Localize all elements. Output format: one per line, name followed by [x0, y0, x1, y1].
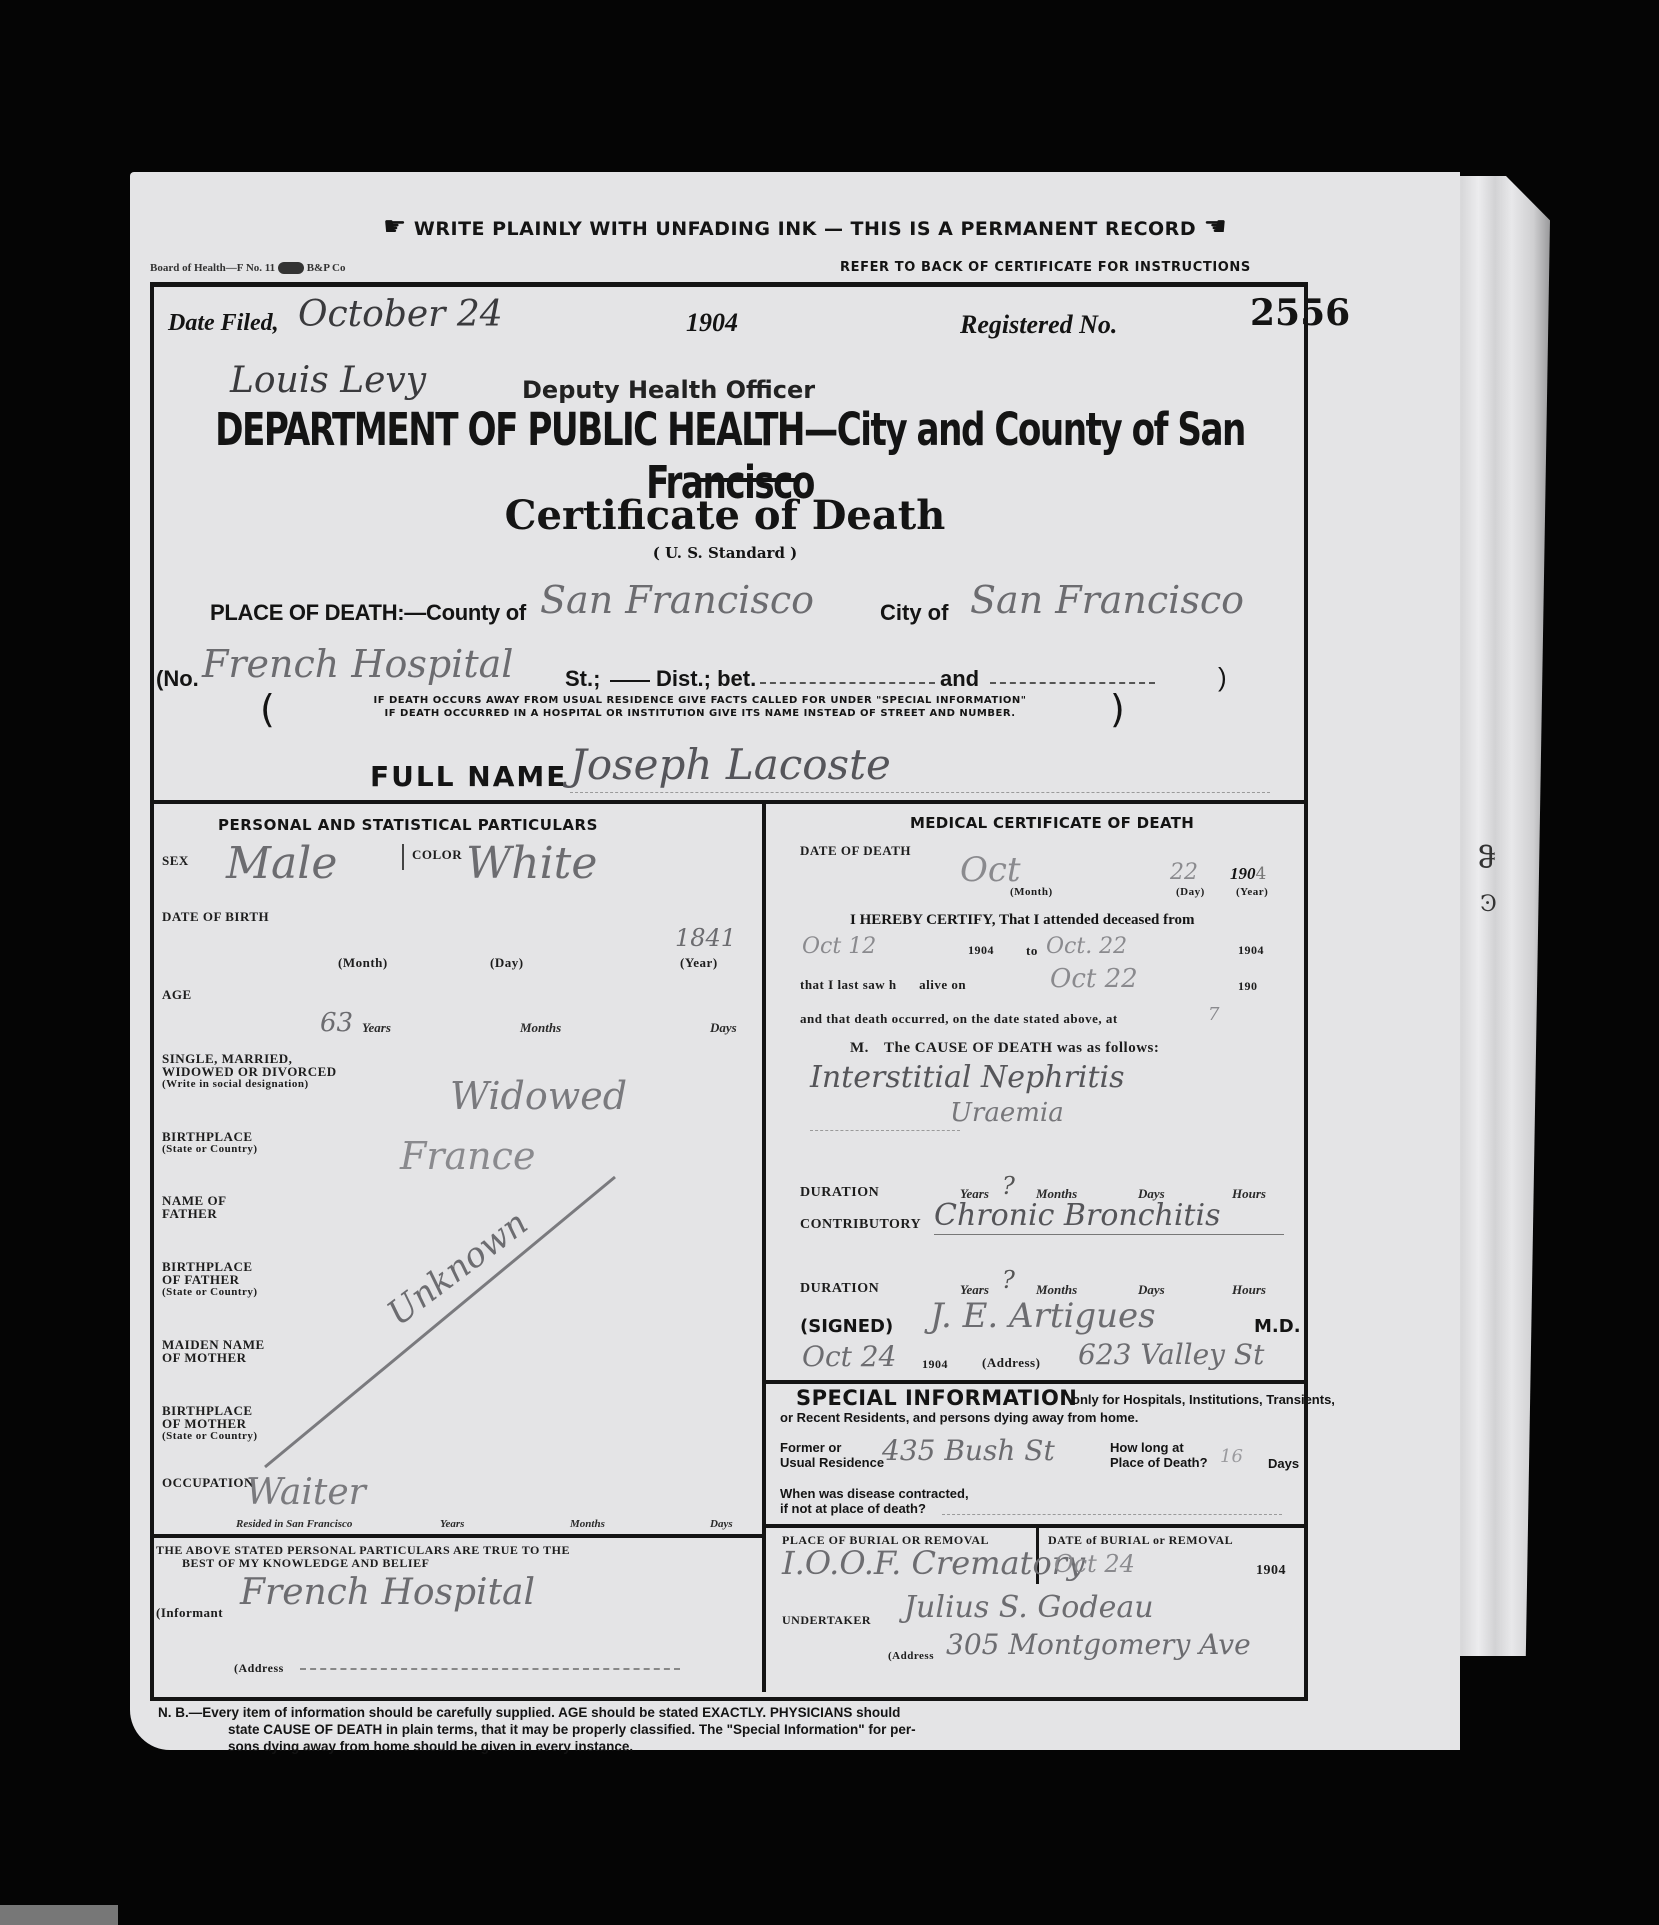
date-filed-year: 1904: [686, 308, 738, 338]
registered-number: 2556: [1250, 292, 1350, 334]
background-scrap: [0, 1905, 118, 1925]
resided-days-label: Days: [710, 1518, 733, 1530]
parents-unknown-mark: Unknown: [260, 1172, 620, 1472]
last-saw-label: that I last saw h alive on: [800, 978, 966, 991]
marital-label-line: (Write in social designation): [162, 1078, 337, 1091]
city-value: San Francisco: [970, 578, 1244, 622]
date-of-death-month: Oct: [960, 850, 1021, 890]
union-label-icon: [278, 262, 304, 274]
form-number: Board of Health—F No. 11 B&P Co: [150, 262, 346, 274]
diagonal-strike-line: [260, 1172, 620, 1472]
instructions-ref: REFER TO BACK OF CERTIFICATE FOR INSTRUC…: [840, 260, 1251, 275]
nb-line: Every item of information should be care…: [202, 1705, 900, 1720]
father-birthplace-label: BIRTHPLACE OF FATHER (State or Country): [162, 1260, 258, 1299]
burial-date-label: DATE of BURIAL or REMOVAL: [1048, 1534, 1233, 1547]
date-of-death-label: DATE OF DEATH: [800, 844, 911, 857]
divider: [402, 844, 404, 870]
year-suffix: 4: [1256, 864, 1267, 884]
birthplace-label: BIRTHPLACE (State or Country): [162, 1130, 258, 1156]
resided-label: Resided in San Francisco: [236, 1518, 352, 1530]
blank-line: [610, 680, 650, 682]
md-label: M.D.: [1254, 1316, 1301, 1337]
color-value: White: [466, 838, 597, 889]
cause-label: The CAUSE OF DEATH was as follows:: [884, 1042, 1159, 1055]
physician-address: 623 Valley St: [1078, 1338, 1264, 1371]
informant-address-label: (Address: [234, 1662, 284, 1675]
duration-2-value: ?: [1002, 1266, 1015, 1294]
physician-signature: J. E. Artigues: [930, 1296, 1156, 1336]
mother-birthplace-label: BIRTHPLACE OF MOTHER (State or Country): [162, 1404, 258, 1443]
contracted-label: When was disease contracted, if not at p…: [780, 1486, 969, 1516]
marital-value: Widowed: [450, 1074, 627, 1118]
month-label: (Month): [1010, 886, 1053, 899]
color-label: COLOR: [412, 848, 462, 861]
header-banner: ☛ WRITE PLAINLY WITH UNFADING INK — THIS…: [240, 212, 1370, 242]
how-long-label-line: Place of Death?: [1110, 1455, 1208, 1470]
contributory-value: Chronic Bronchitis: [934, 1198, 1220, 1233]
attended-from-year: 1904: [968, 944, 994, 957]
marital-label: SINGLE, MARRIED, WIDOWED OR DIVORCED (Wr…: [162, 1052, 337, 1091]
city-label: City of: [880, 600, 948, 626]
duration-2-hours-label: Hours: [1232, 1282, 1266, 1298]
blank-line: [942, 1514, 1282, 1515]
year-label: (Year): [1236, 886, 1268, 899]
last-saw-text: that I last saw h: [800, 977, 897, 992]
cause-line-1: Interstitial Nephritis: [810, 1060, 1125, 1095]
how-long-label: How long at Place of Death?: [1110, 1440, 1208, 1470]
county-value: San Francisco: [540, 578, 814, 622]
sex-label: SEX: [162, 854, 189, 867]
how-long-label-line: How long at: [1110, 1440, 1208, 1455]
undertaker-label: UNDERTAKER: [782, 1614, 871, 1627]
special-info-note: only for Hospitals, Institutions, Transi…: [1072, 1392, 1335, 1407]
burial-year: 1904: [1256, 1564, 1286, 1577]
nb-line: sons dying away from home should be give…: [158, 1738, 1238, 1755]
blank-line: [934, 1234, 1284, 1235]
pointing-hand-icon: ☛: [383, 212, 407, 242]
and-label: and: [940, 666, 979, 692]
age-years-value: 63: [320, 1008, 353, 1038]
age-days-label: Days: [710, 1020, 737, 1036]
personal-section-title: PERSONAL AND STATISTICAL PARTICULARS: [218, 816, 598, 834]
place-note: IF DEATH OCCURS AWAY FROM USUAL RESIDENC…: [290, 694, 1110, 720]
close-paren: ): [1218, 662, 1227, 693]
death-time-value: 7: [1208, 1004, 1219, 1025]
death-occurred-text: and that death occurred, on the date sta…: [800, 1012, 1118, 1025]
divider: [700, 478, 800, 482]
last-saw-year: 190: [1238, 980, 1258, 993]
age-years-label: Years: [362, 1020, 391, 1036]
edge-mark: ჵ: [1478, 842, 1496, 875]
date-of-death-year: 1904: [1230, 864, 1266, 884]
dob-label: DATE OF BIRTH: [162, 910, 269, 923]
blank-line: [570, 792, 1270, 793]
signed-date: Oct 24: [802, 1340, 896, 1373]
certificate-subtitle: ( U. S. Standard ): [530, 544, 920, 562]
column-divider: [762, 804, 766, 1692]
father-name-label: NAME OF FATHER: [162, 1194, 227, 1220]
informant-label: (Informant: [156, 1606, 223, 1619]
edge-mark: Ͽ: [1480, 892, 1497, 917]
dob-year-value: 1841: [675, 924, 736, 952]
dob-year-label: (Year): [680, 956, 718, 969]
burial-place-value: I.O.O.F. Crematory: [782, 1544, 1085, 1582]
father-birthplace-label-line: OF FATHER: [162, 1273, 258, 1286]
attended-to-year: 1904: [1238, 944, 1264, 957]
registered-label: Registered No.: [960, 310, 1117, 340]
occupation-value: Waiter: [246, 1472, 366, 1513]
deputy-title: Deputy Health Officer: [522, 376, 815, 404]
resided-months-label: Months: [570, 1518, 605, 1530]
duration-label: DURATION: [800, 1186, 879, 1199]
undertaker-address: 305 Montgomery Ave: [946, 1628, 1251, 1661]
contracted-label-line: When was disease contracted,: [780, 1486, 969, 1501]
blank-line: [990, 682, 1155, 684]
father-birthplace-label-line: (State or Country): [162, 1286, 258, 1299]
special-info-title: SPECIAL INFORMATION: [796, 1386, 1077, 1410]
marital-label-line: WIDOWED OR DIVORCED: [162, 1065, 337, 1078]
place-note-line: IF DEATH OCCURS AWAY FROM USUAL RESIDENC…: [290, 694, 1110, 707]
special-info-note-2: or Recent Residents, and persons dying a…: [780, 1410, 1138, 1425]
attest-line: BEST OF MY KNOWLEDGE AND BELIEF: [156, 1557, 570, 1570]
close-paren: ): [1110, 690, 1125, 728]
former-residence-label-line: Usual Residence: [780, 1455, 884, 1470]
undertaker-address-label: (Address: [888, 1650, 934, 1663]
footer-note: N. B.—Every item of information should b…: [158, 1704, 1238, 1755]
year-prefix: 190: [1230, 864, 1256, 883]
signed-year: 1904: [922, 1358, 948, 1371]
section-divider: [766, 1524, 1304, 1528]
burial-date-value: Oct 24: [1054, 1550, 1135, 1578]
street-no-value: French Hospital: [202, 642, 513, 686]
duration-hours-label: Hours: [1232, 1186, 1266, 1202]
banner-text: WRITE PLAINLY WITH UNFADING INK — THIS I…: [414, 218, 1196, 240]
to-label: to: [1026, 944, 1038, 957]
father-name-label-line: FATHER: [162, 1207, 227, 1220]
date-filed-label: Date Filed,: [168, 310, 279, 337]
section-divider: [766, 1380, 1304, 1384]
former-residence-value: 435 Bush St: [882, 1434, 1055, 1467]
age-months-label: Months: [520, 1020, 561, 1036]
date-of-death-day: 22: [1170, 860, 1198, 885]
pointing-hand-icon: ☛: [1203, 212, 1227, 242]
nb-line: state CAUSE OF DEATH in plain terms, tha…: [158, 1721, 1238, 1738]
birthplace-label-line: (State or Country): [162, 1143, 258, 1156]
mother-maiden-label: MAIDEN NAME OF MOTHER: [162, 1338, 265, 1364]
attended-to-value: Oct. 22: [1046, 934, 1127, 959]
dob-month-label: (Month): [338, 956, 388, 969]
full-name-value: Joseph Lacoste: [570, 740, 891, 789]
age-label: AGE: [162, 988, 192, 1001]
district-label: Dist.; bet.: [656, 666, 756, 692]
physician-address-label: (Address): [982, 1356, 1040, 1369]
section-divider: [150, 1534, 764, 1538]
full-name-label: FULL NAME: [370, 760, 567, 793]
death-certificate: ☛ WRITE PLAINLY WITH UNFADING INK — THIS…: [130, 172, 1460, 1750]
how-long-value: 16: [1220, 1446, 1243, 1467]
form-number-text: Board of Health—F No. 11: [150, 262, 275, 274]
cause-line-2: Uraemia: [950, 1098, 1064, 1128]
date-filed-value: October 24: [298, 294, 503, 335]
street-label: St.;: [565, 666, 600, 692]
duration-value: ?: [1002, 1172, 1015, 1200]
day-label: (Day): [1176, 886, 1205, 899]
resided-years-label: Years: [440, 1518, 464, 1530]
open-paren: (: [260, 690, 275, 728]
blank-line: [300, 1668, 680, 1670]
attest-text: THE ABOVE STATED PERSONAL PARTICULARS AR…: [156, 1544, 570, 1570]
mother-birthplace-label-line: (State or Country): [162, 1430, 258, 1443]
last-saw-date: Oct 22: [1050, 964, 1138, 994]
occupation-label: OCCUPATION: [162, 1476, 254, 1489]
how-long-days-label: Days: [1268, 1456, 1299, 1471]
signed-label: (SIGNED): [800, 1316, 893, 1337]
certificate-title: Certificate of Death: [430, 492, 1020, 539]
former-residence-label-line: Former or: [780, 1440, 884, 1455]
blank-line: [760, 682, 935, 684]
blank-line: [810, 1130, 960, 1131]
mother-maiden-label-line: OF MOTHER: [162, 1351, 265, 1364]
m-label: M.: [850, 1042, 869, 1055]
sex-value: Male: [226, 838, 337, 889]
former-residence-label: Former or Usual Residence: [780, 1440, 884, 1470]
medical-section-title: MEDICAL CERTIFICATE OF DEATH: [910, 814, 1194, 832]
deputy-signature: Louis Levy: [230, 360, 426, 401]
alive-on-text: alive on: [919, 977, 966, 992]
section-divider: [150, 800, 1304, 804]
certify-text: I HEREBY CERTIFY, That I attended deceas…: [850, 912, 1195, 929]
nb-label: N. B.—: [158, 1705, 202, 1720]
mother-birthplace-label-line: OF MOTHER: [162, 1417, 258, 1430]
undertaker-value: Julius S. Godeau: [904, 1590, 1154, 1625]
place-of-death-label: PLACE OF DEATH:—County of: [210, 600, 526, 626]
dob-day-label: (Day): [490, 956, 524, 969]
birthplace-label-line: BIRTHPLACE: [162, 1130, 258, 1143]
duration-2-label: DURATION: [800, 1282, 879, 1295]
contracted-label-line: if not at place of death?: [780, 1501, 969, 1516]
street-no-label: (No.: [156, 666, 199, 692]
printer-mark: B&P Co: [307, 262, 346, 274]
contributory-label: CONTRIBUTORY: [800, 1218, 921, 1231]
place-note-line: IF DEATH OCCURRED IN A HOSPITAL OR INSTI…: [290, 707, 1110, 720]
attended-from-value: Oct 12: [802, 934, 876, 959]
informant-value: French Hospital: [240, 1572, 535, 1613]
